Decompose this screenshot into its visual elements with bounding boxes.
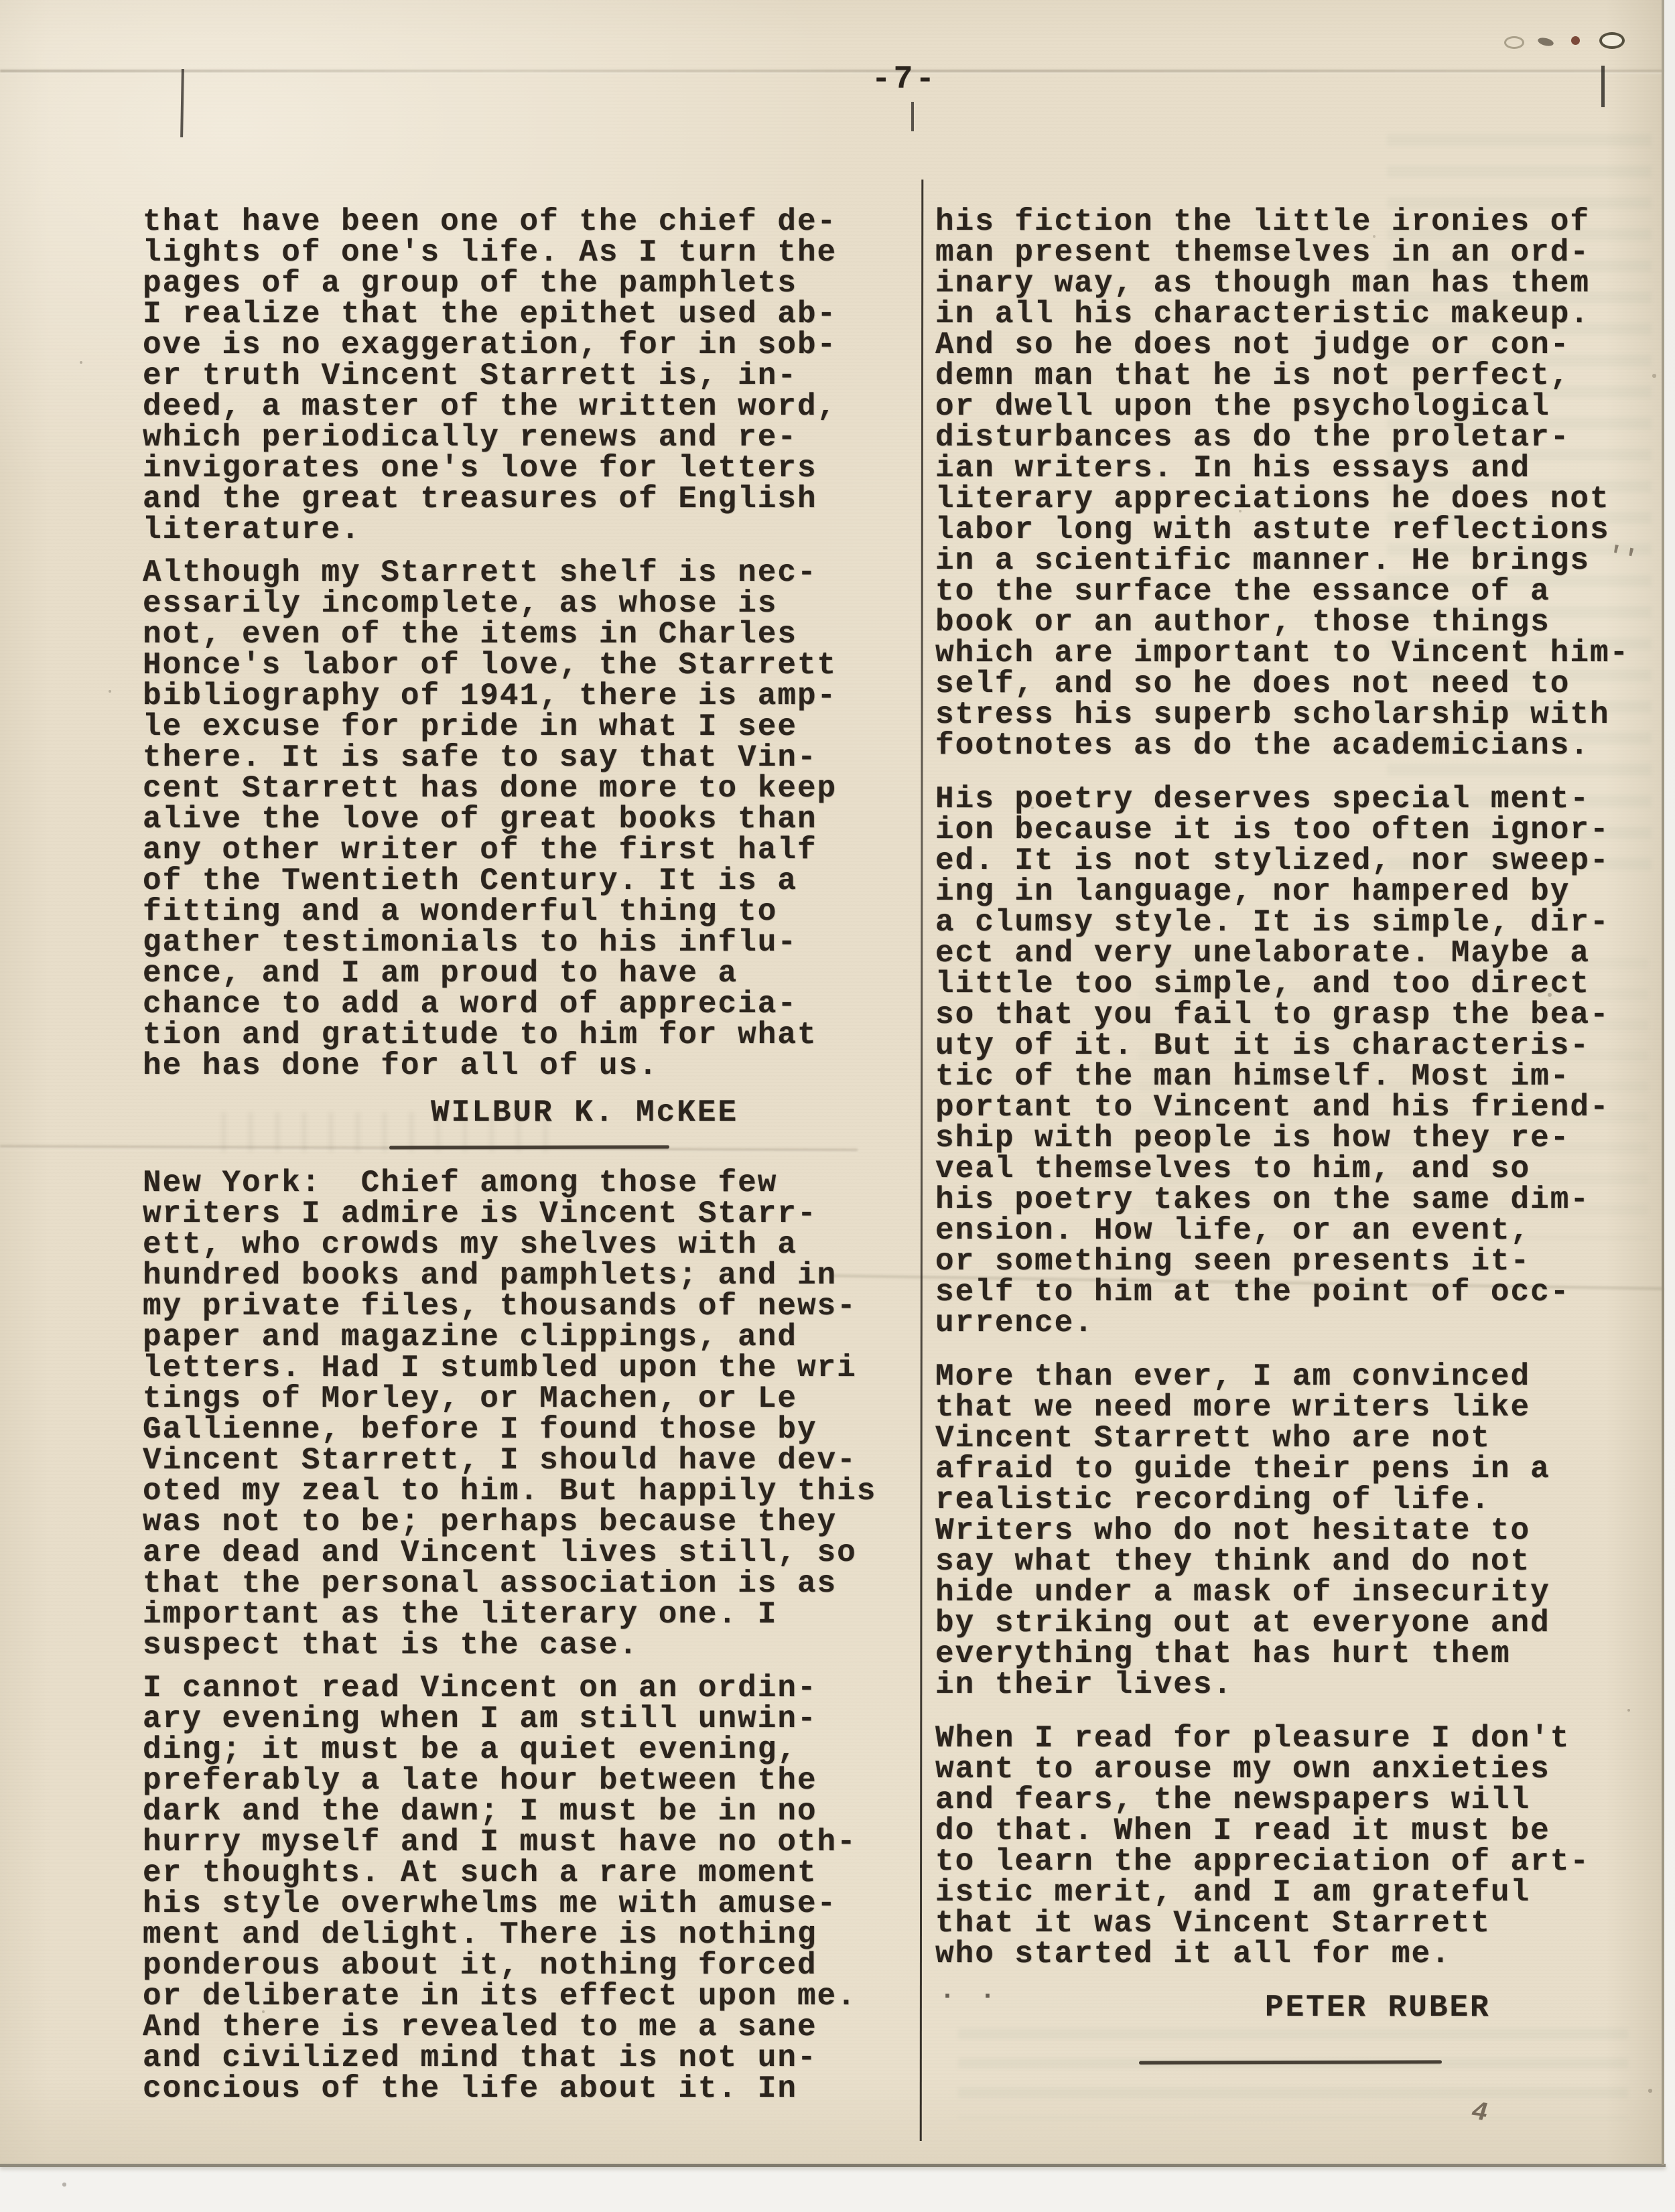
typed-line: er thoughts. At such a rare moment [143,1858,913,1888]
typed-line: ett, who crowds my shelves with a [143,1229,913,1260]
typed-line: More than ever, I am convinced [935,1361,1662,1392]
staple-hole [1571,36,1580,45]
paragraph: that have been one of the chief de-light… [143,206,913,545]
typed-line: of the Twentieth Century. It is a [143,866,913,896]
typed-line: afraid to guide their pens in a [935,1454,1662,1484]
typed-line: not, even of the items in Charles [143,619,913,650]
typed-line: or deliberate in its effect upon me. [143,1981,913,2012]
paragraph: When I read for pleasure I don'twant to … [935,1723,1662,1969]
typed-line: and civilized mind that is not un- [143,2043,913,2073]
typed-line: that we need more writers like [935,1392,1662,1423]
typed-line: portant to Vincent and his friend- [935,1092,1662,1123]
pen-tick-under-page-number [911,102,914,131]
paper-specks [0,0,1,1]
section-divider-rule [389,1145,669,1149]
typed-line: self, and so he does not need to [935,669,1662,699]
typed-line: essarily incomplete, as whose is [143,588,913,619]
pen-tick-top-left [180,69,184,137]
typed-line: concious of the life about it. In [143,2073,913,2104]
typed-line: urrence. [935,1308,1662,1338]
typed-line: that have been one of the chief de- [143,206,913,237]
column-divider-line [920,180,924,2141]
typed-line: ary evening when I am still unwin- [143,1704,913,1734]
pencil-mark-after-brings: '' [1604,541,1640,576]
ink-dots-mark: · · [939,1982,1000,2012]
page-number: -7- [861,62,948,98]
staple-hole [1599,32,1625,49]
paragraph: More than ever, I am convincedthat we ne… [935,1361,1662,1700]
typed-line: self to him at the point of occ- [935,1277,1662,1308]
section-divider-rule [1139,2060,1442,2064]
typed-line: When I read for pleasure I don't [935,1723,1662,1754]
typed-line: ding; it must be a quiet evening, [143,1734,913,1765]
typed-line: by striking out at everyone and [935,1608,1662,1639]
typed-line: ion because it is too often ignor- [935,815,1662,845]
paragraph: I cannot read Vincent on an ordin-ary ev… [143,1673,913,2104]
typed-line: in a scientific manner. He brings [935,545,1662,576]
typed-line: Gallienne, before I found those by [143,1414,913,1445]
typed-line: preferably a late hour between the [143,1765,913,1796]
typed-line: Vincent Starrett, I should have dev- [143,1445,913,1476]
typed-line: man present themselves in an ord- [935,237,1662,268]
typed-line: to the surface the essance of a [935,576,1662,607]
fold-crease-top [0,70,1664,72]
typed-line: in all his characteristic makeup. [935,299,1662,330]
typed-line: suspect that is the case. [143,1630,913,1661]
typed-line: want to arouse my own anxieties [935,1754,1662,1785]
typed-line: everything that has hurt them [935,1639,1662,1669]
typed-line: that the personal association is as [143,1568,913,1599]
pencil-squiggle-mark: 4 [1467,2097,1492,2129]
typed-line: do that. When I read it must be [935,1815,1662,1846]
paper-bottom-edge [0,2164,1666,2167]
typed-line: important as the literary one. I [143,1599,913,1630]
typed-line: ension. How life, or an event, [935,1215,1662,1246]
typed-line: his fiction the little ironies of [935,206,1662,237]
typed-line: ponderous about it, nothing forced [143,1950,913,1981]
typed-line: he has done for all of us. [143,1050,913,1081]
typed-line: footnotes as do the academicians. [935,730,1662,761]
signature: WILBUR K. McKEE [431,1097,913,1128]
typed-line: stress his superb scholarship with [935,699,1662,730]
typed-line: hundred books and pamphlets; and in [143,1260,913,1291]
typed-line: ence, and I am proud to have a [143,958,913,989]
typed-line: Writers who do not hesitate to [935,1515,1662,1546]
typed-line: His poetry deserves special ment- [935,784,1662,815]
typed-line: er truth Vincent Starrett is, in- [143,360,913,391]
typed-line: so that you fail to grasp the bea- [935,999,1662,1030]
typed-line: that it was Vincent Starrett [935,1908,1662,1939]
typed-line: tion and gratitude to him for what [143,1020,913,1050]
typed-line: deed, a master of the written word, [143,391,913,422]
typed-line: disturbances as do the proletar- [935,422,1662,453]
typed-line: book or an author, those things [935,607,1662,638]
typed-line: chance to add a word of apprecia- [143,989,913,1020]
typed-line: tings of Morley, or Machen, or Le [143,1383,913,1414]
typed-line: who started it all for me. [935,1939,1662,1969]
typed-line: to learn the appreciation of art- [935,1846,1662,1877]
staple-holes [1504,31,1631,51]
typed-line: And there is revealed to me a sane [143,2012,913,2043]
typed-line: and fears, the newspapers will [935,1785,1662,1815]
typed-line: his style overwhelms me with amuse- [143,1888,913,1919]
paper: -7- that have been one of the chief de-l… [0,0,1664,2165]
typed-line: cent Starrett has done more to keep [143,773,913,804]
typed-line: which periodically renews and re- [143,422,913,453]
typed-line: Vincent Starrett who are not [935,1423,1662,1454]
typed-line: invigorates one's love for letters [143,453,913,484]
typed-line: ed. It is not stylized, nor sweep- [935,845,1662,876]
typed-line: labor long with astute reflections [935,514,1662,545]
typed-line: inary way, as though man has them [935,268,1662,299]
typed-line: ment and delight. There is nothing [143,1919,913,1950]
typed-line: there. It is safe to say that Vin- [143,742,913,773]
typed-line: I realize that the epithet used ab- [143,299,913,330]
typed-line: in their lives. [935,1669,1662,1700]
typed-line: which are important to Vincent him- [935,638,1662,669]
typed-line: any other writer of the first half [143,835,913,866]
typed-line: alive the love of great books than [143,804,913,835]
typed-line: literature. [143,514,913,545]
left-column: that have been one of the chief de-light… [143,206,913,2116]
typed-line: letters. Had I stumbled upon the wri [143,1353,913,1383]
typed-line: his poetry takes on the same dim- [935,1184,1662,1215]
typed-line: was not to be; perhaps because they [143,1507,913,1537]
typed-line: literary appreciations he does not [935,484,1662,514]
typed-line: gather testimonials to his influ- [143,927,913,958]
scan-background: { "page": { "number": "-7-", "paper_colo… [0,0,1675,2212]
typed-line: dark and the dawn; I must be in no [143,1796,913,1827]
typed-line: or dwell upon the psychological [935,391,1662,422]
typed-line: ing in language, nor hampered by [935,876,1662,907]
typed-line: And so he does not judge or con- [935,330,1662,360]
typed-line: lights of one's life. As I turn the [143,237,913,268]
typed-line: le excuse for pride in what I see [143,711,913,742]
typed-line: ship with people is how they re- [935,1123,1662,1154]
signature: PETER RUBER [1265,1992,1662,2023]
typed-line: say what they think and do not [935,1546,1662,1577]
typed-line: hurry myself and I must have no oth- [143,1827,913,1858]
typed-line: and the great treasures of English [143,484,913,514]
typed-line: Honce's labor of love, the Starrett [143,650,913,681]
typed-line: ove is no exaggeration, for in sob- [143,330,913,360]
typed-line: writers I admire is Vincent Starr- [143,1198,913,1229]
staple-hole [1537,36,1554,47]
typed-line: hide under a mask of insecurity [935,1577,1662,1608]
typed-line: Although my Starrett shelf is nec- [143,557,913,588]
typed-line: I cannot read Vincent on an ordin- [143,1673,913,1704]
typed-line: paper and magazine clippings, and [143,1322,913,1353]
typed-line: bibliography of 1941, there is amp- [143,681,913,711]
paragraph: His poetry deserves special ment-ion bec… [935,784,1662,1338]
typed-line: demn man that he is not perfect, [935,360,1662,391]
paragraph: New York: Chief among those fewwriters I… [143,1168,913,1661]
typed-line: a clumsy style. It is simple, dir- [935,907,1662,938]
typed-line: are dead and Vincent lives still, so [143,1537,913,1568]
typed-line: veal themselves to him, and so [935,1154,1662,1184]
paper-right-edge [1662,0,1664,2165]
paragraph: his fiction the little ironies ofman pre… [935,206,1662,761]
pen-tick-top-right [1601,66,1605,107]
typed-line: New York: Chief among those few [143,1168,913,1198]
typed-line: little too simple, and too direct [935,969,1662,999]
typed-line: pages of a group of the pamphlets [143,268,913,299]
staple-hole [1504,36,1524,49]
paragraph: Although my Starrett shelf is nec-essari… [143,557,913,1081]
typed-line: or something seen presents it- [935,1246,1662,1277]
typed-line: oted my zeal to him. But happily this [143,1476,913,1507]
right-column: his fiction the little ironies ofman pre… [935,206,1662,2064]
typed-line: uty of it. But it is characteris- [935,1030,1662,1061]
typed-line: my private files, thousands of news- [143,1291,913,1322]
typed-line: fitting and a wonderful thing to [143,896,913,927]
typed-line: ect and very unelaborate. Maybe a [935,938,1662,969]
typed-line: istic merit, and I am grateful [935,1877,1662,1908]
typed-line: ian writers. In his essays and [935,453,1662,484]
typed-line: tic of the man himself. Most im- [935,1061,1662,1092]
typed-line: realistic recording of life. [935,1484,1662,1515]
